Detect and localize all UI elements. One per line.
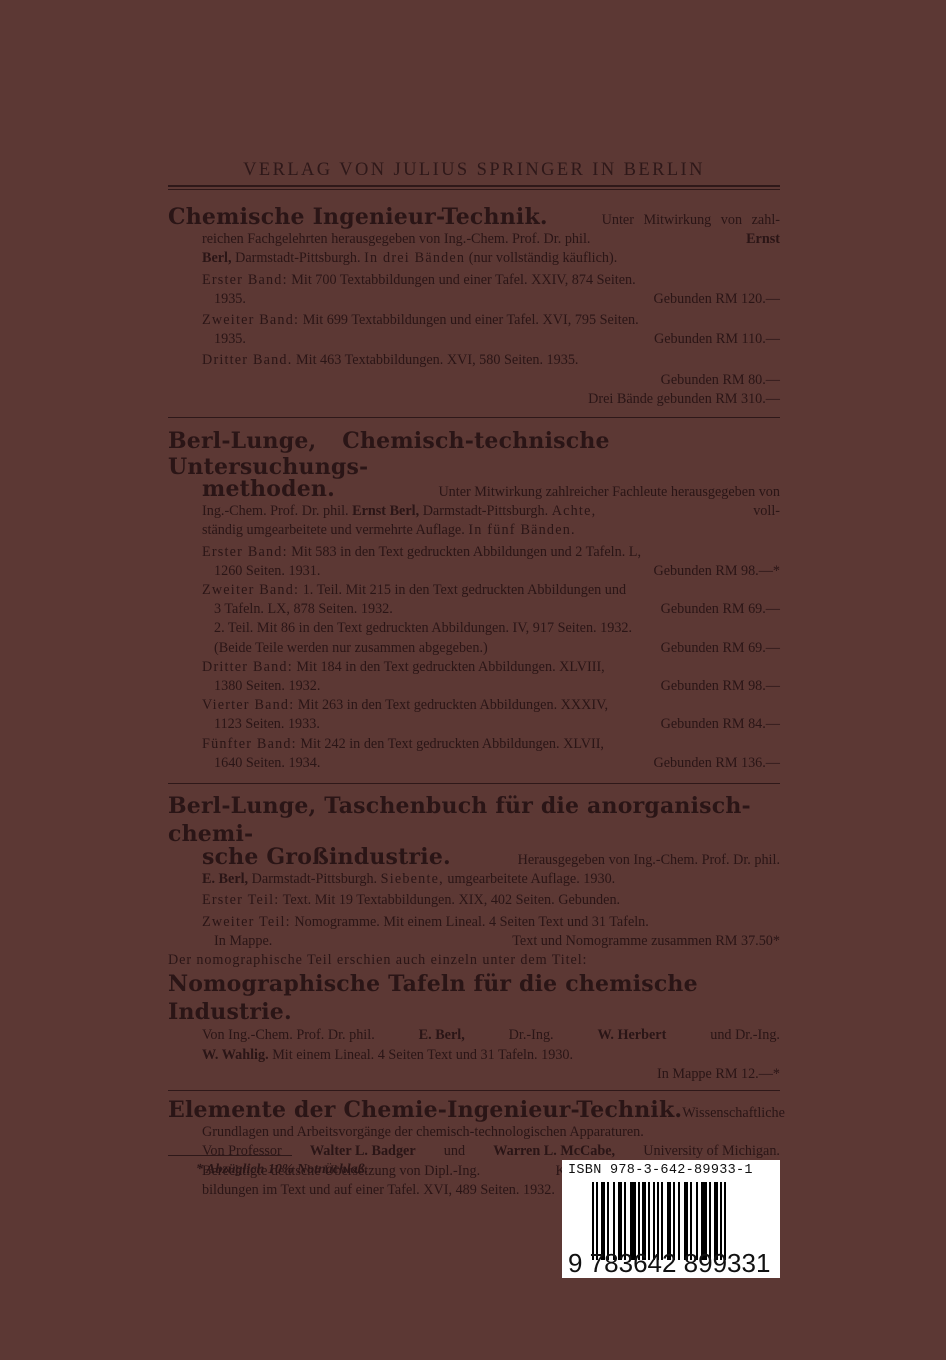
section-divider (168, 417, 780, 418)
entry-title: Berl-Lunge, Taschenbuch für die anorgani… (168, 792, 780, 848)
volume-label: Vierter Band: (202, 697, 294, 713)
entry-chemische-ingenieur-technik: Chemische Ingenieur-Technik. Unter Mitwi… (168, 208, 780, 409)
volume-3: Dritter Band: Mit 184 in den Text gedruc… (202, 658, 780, 696)
author-name: Walter L. Badger (310, 1142, 416, 1161)
volume-details: 1. Teil. Mit 215 in den Text gedruckten … (303, 582, 626, 598)
book-back-cover: VERLAG VON JULIUS SPRINGER IN BERLIN Che… (168, 155, 780, 1219)
volume-price: Gebunden RM 136.— (654, 754, 781, 773)
entry-title: Berl-Lunge, Chemisch-technische Untersuc… (168, 428, 780, 480)
part-1: Erster Teil: Text. Mit 19 Textabbildunge… (202, 891, 780, 910)
ean-digits: 9 783642 899331 (568, 1250, 770, 1276)
volume-label: Dritter Band. (202, 352, 292, 368)
author-name: Ernst (746, 230, 780, 249)
entry-title-cont: sche Großindustrie. (202, 848, 451, 867)
isbn-label: ISBN 978-3-642-89933-1 (568, 1164, 774, 1178)
author-name: Ernst Berl, (352, 503, 419, 519)
author-location: Darmstadt-Pittsburgh. (252, 871, 377, 887)
author-location: Darmstadt-Pittsburgh. (423, 503, 548, 519)
entry-intro: voll- (753, 502, 780, 521)
editor-title: Ing.-Chem. Prof. Dr. phil. (202, 503, 349, 519)
footnote: * Abzüglich 10% Notnachlaß. (196, 1162, 368, 1178)
conjunction: und (444, 1142, 465, 1161)
entry-description: Grundlagen und Arbeitsvorgänge der chemi… (202, 1123, 780, 1142)
volume-price: Gebunden RM 80.— (202, 371, 780, 390)
entry-title: Chemische Ingenieur-Technik. (168, 208, 548, 227)
author-name: E. Berl, (202, 871, 248, 887)
author-name: W. Wahlig. (202, 1047, 269, 1063)
volume-details: Mit 583 in den Text gedruckten Abbildung… (291, 544, 641, 560)
volume-pages: 1380 Seiten. 1932. (214, 677, 320, 696)
volume-2: Zweiter Band: Mit 699 Textabbildungen un… (202, 311, 780, 349)
entry-title-cont: methoden. (202, 480, 335, 499)
part-label: Erster Teil: (202, 892, 279, 908)
volume-1: Erster Band: Mit 583 in den Text gedruck… (202, 543, 780, 581)
entry-intro: Herausgegeben von Ing.-Chem. Prof. Dr. p… (451, 851, 780, 870)
publisher-header: VERLAG VON JULIUS SPRINGER IN BERLIN (168, 155, 780, 185)
volume-price: Gebunden RM 84.— (661, 715, 780, 734)
part-details: Text. Mit 19 Textabbildungen. XIX, 402 S… (283, 892, 620, 908)
section-divider (168, 783, 780, 784)
volume-pages: 1123 Seiten. 1933. (214, 715, 320, 734)
header-double-rule (168, 185, 780, 190)
volume-year: 1935. (214, 290, 246, 309)
volume-2: Zweiter Band: 1. Teil. Mit 215 in den Te… (202, 581, 780, 658)
separate-edition-note: Der nomographische Teil erschien auch ei… (168, 951, 780, 970)
part-details: Nomogramme. Mit einem Lineal. 4 Seiten T… (294, 914, 648, 930)
volume-label: Zweiter Band: (202, 312, 299, 328)
volume-price: Gebunden RM 69.— (661, 600, 780, 619)
volume-price: Gebunden RM 98.— (661, 677, 780, 696)
entry-berl-lunge-taschenbuch: Berl-Lunge, Taschenbuch für die anorgani… (168, 792, 780, 1084)
author-affiliation: University of Michigan. (643, 1142, 780, 1161)
part-label: Zweiter Teil: (202, 914, 291, 930)
author-name: Berl, (202, 250, 232, 266)
volume-part-2: 2. Teil. Mit 86 in den Text gedruckten A… (214, 619, 632, 638)
entry-intro: Unter Mitwirkung von zahl- (548, 211, 780, 230)
author-prefix: Von Professor (202, 1142, 282, 1161)
volume-details: Mit 463 Textabbildungen. XVI, 580 Seiten… (296, 352, 578, 368)
volume-price: Gebunden RM 98.—* (654, 562, 781, 581)
volume-price: Gebunden RM 120.— (654, 290, 781, 309)
volume-count: In drei Bänden (364, 250, 465, 266)
volume-pages: 1640 Seiten. 1934. (214, 754, 320, 773)
volume-price: Gebunden RM 69.— (661, 639, 780, 658)
sub-entry-price: In Mappe RM 12.—* (202, 1065, 780, 1084)
author-location: Darmstadt-Pittsburgh. (235, 250, 360, 266)
set-total-price: Drei Bände gebunden RM 310.— (202, 390, 780, 409)
volume-label: Erster Band: (202, 272, 288, 288)
edition-note: ständig umgearbeitete und vermehrte Aufl… (202, 522, 465, 538)
author-name: W. Herbert (598, 1026, 667, 1045)
author-degree: Dr.-Ing. (509, 1026, 554, 1045)
sub-entry-details: Mit einem Lineal. 4 Seiten Text und 31 T… (272, 1047, 573, 1063)
isbn-barcode: ISBN 978-3-642-89933-1 9 783642 899331 (562, 1160, 780, 1278)
part-format: In Mappe. (214, 932, 272, 951)
volume-label: Erster Band: (202, 544, 288, 560)
volume-5: Fünfter Band: Mit 242 in den Text gedruc… (202, 735, 780, 773)
volume-pages: 1260 Seiten. 1931. (214, 562, 320, 581)
entry-title: Elemente der Chemie-Ingenieur-Technik. (168, 1101, 682, 1120)
volume-label: Fünfter Band: (202, 736, 297, 752)
entry-intro: reichen Fachgelehrten herausgegeben von … (202, 230, 590, 249)
availability-note: (nur vollständig käuflich). (469, 250, 618, 266)
volume-details: Mit 699 Textabbildungen und einer Tafel.… (303, 312, 639, 328)
volume-3: Dritter Band. Mit 463 Textabbildungen. X… (202, 351, 780, 389)
volume-details: Mit 700 Textabbildungen und einer Tafel.… (291, 272, 635, 288)
entry-berl-lunge-untersuchungsmethoden: Berl-Lunge, Chemisch-technische Untersuc… (168, 428, 780, 773)
editor-title: Von Ing.-Chem. Prof. Dr. phil. (202, 1026, 375, 1045)
author-degree: und Dr.-Ing. (710, 1026, 780, 1045)
edition: Achte, (552, 503, 597, 519)
entry-intro: Unter Mitwirkung zahlreicher Fachleute h… (335, 483, 780, 502)
volume-count: In fünf Bänden. (468, 522, 575, 538)
volume-details: Mit 184 in den Text gedruckten Abbildung… (296, 659, 604, 675)
author-name: Warren L. McCabe, (493, 1142, 615, 1161)
edition: Siebente, (381, 871, 444, 887)
volume-1: Erster Band: Mit 700 Textabbildungen und… (202, 271, 780, 309)
author-name: E. Berl, (419, 1026, 465, 1045)
footnote-rule (168, 1155, 292, 1156)
entry-intro: Wissenschaftliche (682, 1104, 785, 1123)
volume-pages: 3 Tafeln. LX, 878 Seiten. 1932. (214, 600, 393, 619)
sub-entry-title: Nomographische Tafeln für die chemische … (168, 970, 780, 1026)
volume-label: Dritter Band: (202, 659, 293, 675)
edition-note: umgearbeitete Auflage. 1930. (447, 871, 615, 887)
volume-label: Zweiter Band: (202, 582, 299, 598)
part-2: Zweiter Teil: Nomogramme. Mit einem Line… (202, 913, 780, 951)
volume-year: 1935. (214, 330, 246, 349)
volume-details: Mit 263 in den Text gedruckten Abbildung… (298, 697, 608, 713)
volume-4: Vierter Band: Mit 263 in den Text gedruc… (202, 696, 780, 734)
volume-part-note: (Beide Teile werden nur zusammen abgegeb… (214, 639, 488, 658)
combined-price: Text und Nomogramme zusammen RM 37.50* (512, 932, 780, 951)
volume-details: Mit 242 in den Text gedruckten Abbildung… (300, 736, 604, 752)
volume-price: Gebunden RM 110.— (654, 330, 780, 349)
section-divider (168, 1090, 780, 1091)
